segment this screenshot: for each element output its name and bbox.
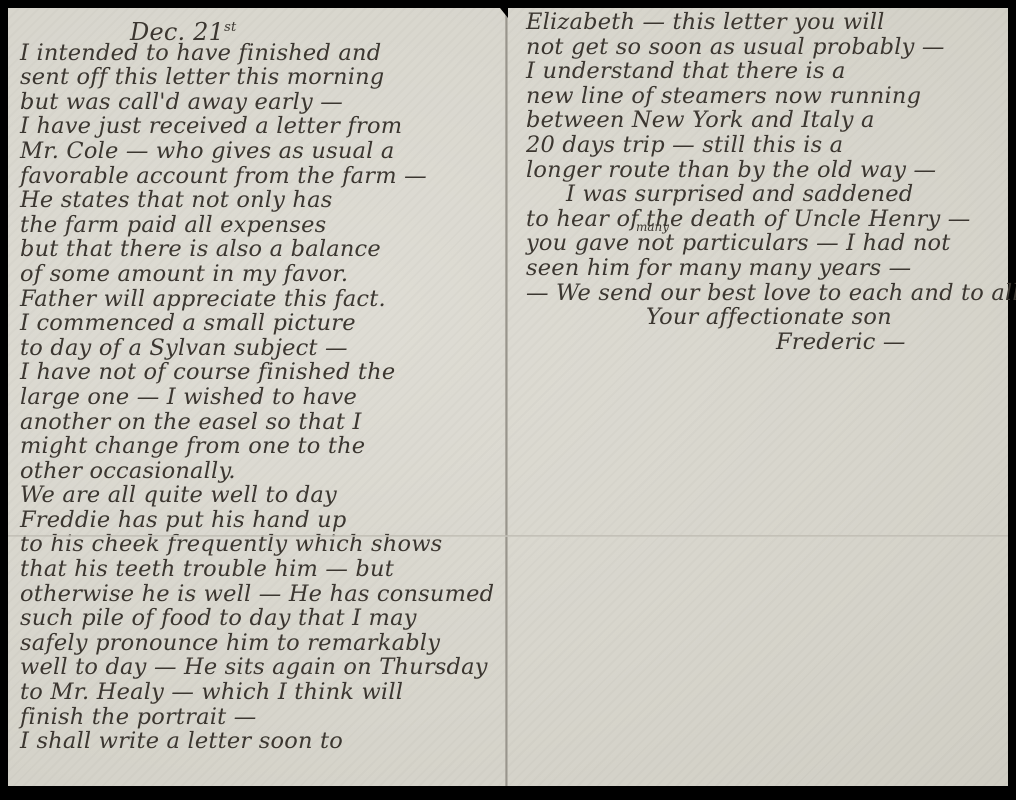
text-line: other occasionally. — [20, 459, 494, 484]
text-line: seen him for many many years — — [526, 256, 1016, 281]
text-line: otherwise he is well — He has consumed — [20, 582, 494, 607]
text-line: of some amount in my favor. — [20, 262, 494, 287]
text-line: the farm paid all expenses — [20, 213, 494, 238]
left-page: Dec. 21st I intended to have finished an… — [8, 8, 506, 786]
text-line: between New York and Italy a — [526, 108, 1016, 133]
text-line: Father will appreciate this fact. — [20, 287, 494, 312]
letter-signature: Frederic — — [526, 330, 1016, 355]
text-line: I shall write a letter soon to — [20, 729, 494, 754]
text-line: He states that not only has — [20, 188, 494, 213]
text-line: sent off this letter this morning — [20, 65, 494, 90]
right-page: Elizabeth — this letter you will not get… — [508, 8, 1008, 786]
letter-closing: Your affectionate son — [526, 305, 1016, 330]
text-line: Elizabeth — this letter you will — [526, 10, 1016, 35]
text-line: might change from one to the — [20, 434, 494, 459]
text-line: I understand that there is a — [526, 59, 1016, 84]
torn-corner — [500, 8, 508, 18]
text-line: I intended to have finished and — [20, 41, 494, 66]
text-line: favorable account from the farm — — [20, 164, 494, 189]
text-line: but that there is also a balance — [20, 237, 494, 262]
text-line: new line of steamers now running — [526, 84, 1016, 109]
text-line: finish the portrait — — [20, 705, 494, 730]
text-line: to day of a Sylvan subject — — [20, 336, 494, 361]
text-line: that his teeth trouble him — but — [20, 557, 494, 582]
text-line: not get so soon as usual probably — — [526, 35, 1016, 60]
text-line: I commenced a small picture — [20, 311, 494, 336]
text-line: you gave not particulars — I had not — [526, 231, 1016, 256]
interlinear-insertion: many — [636, 220, 669, 234]
right-page-text: Elizabeth — this letter you will not get… — [526, 10, 1016, 354]
letter-date: Dec. 21st — [20, 16, 494, 41]
text-line: another on the easel so that I — [20, 410, 494, 435]
text-line: large one — I wished to have — [20, 385, 494, 410]
text-line: but was call'd away early — — [20, 90, 494, 115]
text-line: longer route than by the old way — — [526, 158, 1016, 183]
letter-sheet: Dec. 21st I intended to have finished an… — [8, 8, 1008, 786]
text-line: such pile of food to day that I may — [20, 606, 494, 631]
text-line: We are all quite well to day — [20, 483, 494, 508]
text-line: well to day — He sits again on Thursday — [20, 655, 494, 680]
text-line: I have just received a letter from — [20, 114, 494, 139]
text-line: 20 days trip — still this is a — [526, 133, 1016, 158]
text-line: I was surprised and saddened — [526, 182, 1016, 207]
text-line: Freddie has put his hand up — [20, 508, 494, 533]
text-line: to hear of the death of Uncle Henry — — [526, 207, 1016, 232]
text-line: I have not of course finished the — [20, 360, 494, 385]
left-page-text: Dec. 21st I intended to have finished an… — [20, 16, 494, 754]
text-line: Mr. Cole — who gives as usual a — [20, 139, 494, 164]
text-line: — We send our best love to each and to a… — [526, 281, 1016, 306]
text-line: safely pronounce him to remarkably — [20, 631, 494, 656]
text-line: to Mr. Healy — which I think will — [20, 680, 494, 705]
